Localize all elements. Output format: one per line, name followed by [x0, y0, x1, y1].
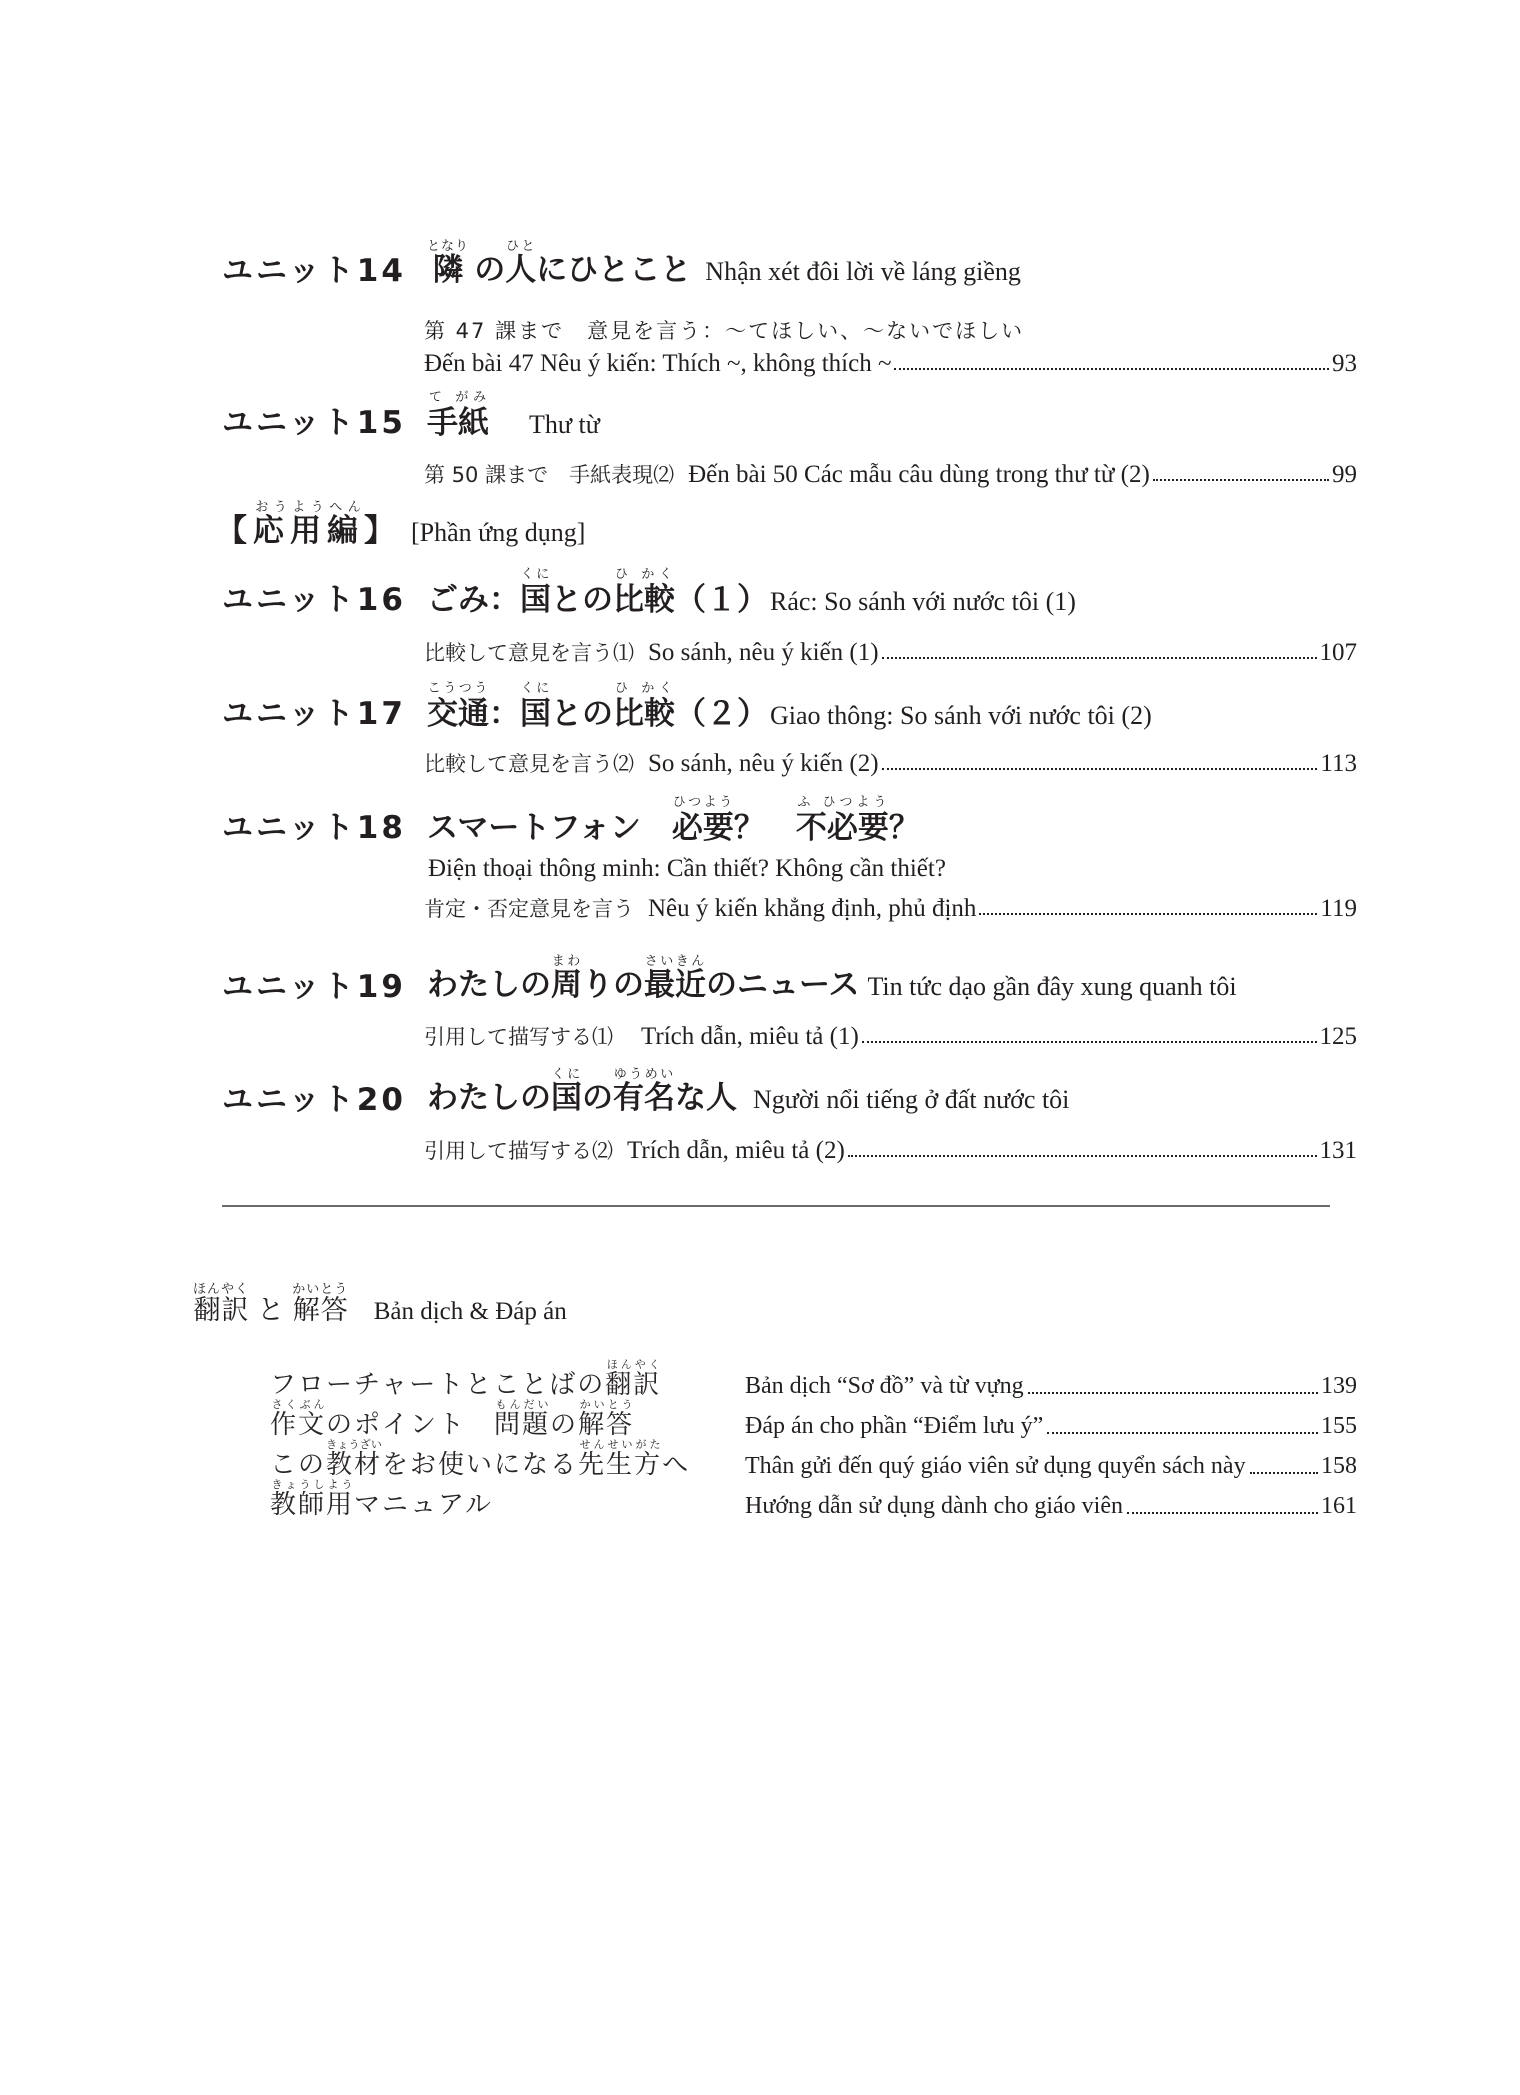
entry-vn-text: So sánh, nêu ý kiến (1): [648, 640, 879, 665]
applied-section-vn: [Phần ứng dụng]: [411, 518, 585, 547]
heading-kanji: 解答かいとう: [293, 1295, 348, 1326]
title-kanji: 比較ひ かく: [613, 696, 675, 732]
unit-15-title[interactable]: 手紙て がみThư từ: [427, 390, 600, 439]
appendix-heading-vn: Bản dịch & Đáp án: [374, 1298, 567, 1325]
title-text: ごみ：: [427, 582, 520, 618]
unit-15-label: ユニット15: [222, 408, 406, 439]
entry-vn-text: So sánh, nêu ý kiến (2): [648, 751, 879, 776]
unit-14-title[interactable]: 隣となり の人ひとにひとことNhận xét đôi lời về láng g…: [427, 239, 1021, 286]
dot-leader: [882, 768, 1318, 770]
dot-leader: [882, 657, 1317, 659]
unit-18-title[interactable]: スマートフォン 必要ひつよう？ 不必要ふ ひつよう？: [427, 795, 920, 844]
entry-label: Thân gửi đến quý giáo viên sử dụng quyển…: [745, 1446, 1246, 1486]
section-divider: [222, 1205, 1330, 1207]
title-kanji: 必要ひつよう: [672, 810, 734, 846]
title-text: な人: [675, 1080, 737, 1116]
page-number: 139: [1321, 1366, 1357, 1406]
unit-18-label: ユニット18: [222, 813, 406, 844]
dot-leader: [979, 913, 1317, 915]
entry-label: Bản dịch “Sơ đồ” và từ vựng: [745, 1366, 1024, 1406]
applied-section-heading: 【応おう用よう編へん】[Phần ứng dụng]: [216, 500, 585, 547]
appendix-jp-list: フローチャートとことばの翻訳ほんやく 作文さくぶんのポイント 問題もんだいの解答…: [270, 1358, 690, 1518]
title-kanji: 比較ひ かく: [613, 582, 675, 618]
lesson-jp-text: 比較して意見を言う⑵: [424, 754, 634, 775]
entry-vn-text: Trích dẫn, miêu tả (2): [627, 1138, 845, 1163]
unit-19-title[interactable]: わたしの周まわりの最近さいきんのニュースTin tức dạo gần đây …: [427, 954, 1237, 1001]
title-kanji: 手紙て がみ: [427, 405, 489, 441]
title-text: （１）: [675, 582, 768, 618]
page-number: 113: [1320, 751, 1357, 776]
title-text: わたしの: [427, 1080, 551, 1116]
appendix-vn-list: Bản dịch “Sơ đồ” và từ vựng 139 Đáp án c…: [745, 1366, 1357, 1526]
unit-17-label: ユニット17: [222, 699, 406, 730]
title-text: スマートフォン: [427, 810, 672, 846]
dot-leader: [1250, 1472, 1318, 1474]
title-kanji: 不必要ふ ひつよう: [796, 810, 889, 846]
lesson-jp-text: 第 47 課まで 意見を言う：～てほしい、～ないでほしい: [424, 319, 1024, 343]
entry-vn-text: Đến bài 50 Các mẫu câu dùng trong thư từ…: [688, 462, 1150, 487]
title-text: にひとこと: [536, 252, 691, 288]
unit-18-subtitle-vn: Điện thoại thông minh: Cần thiết? Không …: [428, 856, 946, 881]
heading-text: と: [249, 1295, 293, 1326]
title-kanji: 有名ゆうめい: [613, 1080, 675, 1116]
appendix-entry-translation[interactable]: Bản dịch “Sơ đồ” và từ vựng 139: [745, 1366, 1357, 1406]
title-text: （２）: [675, 696, 768, 732]
page-number: 131: [1320, 1138, 1358, 1163]
toc-entry-unit-17[interactable]: 比較して意見を言う⑵ So sánh, nêu ý kiến (2) 113: [424, 751, 1357, 776]
title-kanji: 国くに: [520, 696, 551, 732]
title-kanji: 最近さいきん: [644, 967, 706, 1003]
dot-leader: [1127, 1512, 1318, 1514]
title-text: わたしの: [427, 967, 551, 1003]
page-number: 125: [1320, 1024, 1358, 1049]
title-kanji: 国くに: [551, 1080, 582, 1116]
appendix-entry-teachers[interactable]: Thân gửi đến quý giáo viên sử dụng quyển…: [745, 1446, 1357, 1486]
appendix-entry-manual[interactable]: Hướng dẫn sử dụng dành cho giáo viên 161: [745, 1486, 1357, 1526]
page-number: 99: [1332, 462, 1357, 487]
unit-16-title[interactable]: ごみ：国くにとの比較ひ かく（１）Rác: So sánh với nước t…: [427, 567, 1076, 616]
title-kanji: 人ひと: [505, 252, 536, 288]
title-text: ？: [889, 810, 920, 846]
title-text: の: [582, 1080, 613, 1116]
entry-vn-text: Đến bài 47 Nêu ý kiến: Thích ~, không th…: [424, 351, 891, 376]
title-text: のニュース: [706, 967, 859, 1003]
title-text: りの: [582, 967, 644, 1003]
dot-leader: [894, 368, 1329, 370]
appendix-entry-answers[interactable]: Đáp án cho phần “Điểm lưu ý” 155: [745, 1406, 1357, 1446]
appendix-heading: 翻訳ほんやく と 解答かいとうBản dịch & Đáp án: [193, 1282, 567, 1324]
unit-title-vn: Thư từ: [529, 410, 600, 439]
section-kanji: 応おう: [253, 513, 290, 549]
page-number: 119: [1320, 896, 1357, 921]
toc-entry-unit-16[interactable]: 比較して意見を言う⑴ So sánh, nêu ý kiến (1) 107: [424, 640, 1357, 665]
unit-title-vn: Người nổi tiếng ở đất nước tôi: [753, 1085, 1069, 1114]
unit-20-label: ユニット20: [222, 1085, 406, 1116]
section-kanji: 編へん: [327, 513, 364, 549]
section-kanji: 用よう: [290, 513, 327, 549]
toc-entry-unit-18[interactable]: 肯定・否定意見を言う Nêu ý kiến khẳng định, phủ đị…: [424, 896, 1357, 921]
dot-leader: [848, 1155, 1317, 1157]
lesson-jp-text: 肯定・否定意見を言う: [424, 899, 634, 920]
title-text: の: [464, 252, 506, 288]
dot-leader: [1047, 1432, 1318, 1434]
page-number: 158: [1321, 1446, 1357, 1486]
toc-entry-unit-15[interactable]: 第 50 課まで 手紙表現⑵ Đến bài 50 Các mẫu câu dù…: [424, 462, 1357, 487]
entry-vn-text: Nêu ý kiến khẳng định, phủ định: [648, 896, 976, 921]
entry-label: Hướng dẫn sử dụng dành cho giáo viên: [745, 1486, 1123, 1526]
title-kanji: 交通こうつう: [427, 696, 489, 732]
dot-leader: [1153, 479, 1329, 481]
title-kanji: 隣となり: [427, 252, 464, 288]
page-number: 161: [1321, 1486, 1357, 1526]
unit-16-label: ユニット16: [222, 585, 406, 616]
title-kanji: 周まわ: [551, 967, 582, 1003]
unit-title-vn: Rác: So sánh với nước tôi (1): [770, 587, 1076, 616]
open-bracket: 【: [216, 513, 253, 549]
page-number: 107: [1320, 640, 1358, 665]
close-bracket: 】: [364, 513, 401, 549]
dot-leader: [1028, 1392, 1318, 1394]
unit-17-title[interactable]: 交通こうつう：国くにとの比較ひ かく（２）Giao thông: So sánh…: [427, 681, 1152, 730]
toc-entry-unit-20[interactable]: 引用して描写する⑵ Trích dẫn, miêu tả (2) 131: [424, 1138, 1357, 1163]
title-kanji: 国くに: [520, 582, 551, 618]
title-text: との: [551, 582, 613, 618]
lesson-jp-text: 比較して意見を言う⑴: [424, 643, 634, 664]
unit-14-label: ユニット14: [222, 256, 406, 287]
toc-entry-unit-19[interactable]: 引用して描写する⑴ Trích dẫn, miêu tả (1) 125: [424, 1024, 1357, 1049]
unit-title-vn: Giao thông: So sánh với nước tôi (2): [770, 701, 1152, 730]
appendix-jp-item[interactable]: フローチャートとことばの翻訳ほんやく: [270, 1358, 690, 1398]
unit-title-vn: Nhận xét đôi lời về láng giềng: [705, 257, 1021, 286]
lesson-jp-text: 第 50 課まで 手紙表現⑵: [424, 465, 674, 486]
unit-20-title[interactable]: わたしの国くにの有名ゆうめいな人Người nổi tiếng ở đất nư…: [427, 1067, 1069, 1114]
title-text: ？: [734, 810, 796, 846]
entry-vn-text: Trích dẫn, miêu tả (1): [641, 1024, 859, 1049]
title-text: ：: [489, 696, 520, 732]
toc-entry-unit-14[interactable]: Đến bài 47 Nêu ý kiến: Thích ~, không th…: [424, 351, 1357, 376]
lesson-jp-text: 引用して描写する⑴: [424, 1027, 613, 1048]
unit-title-vn: Tin tức dạo gần đây xung quanh tôi: [867, 972, 1236, 1001]
page-number: 93: [1332, 351, 1357, 376]
dot-leader: [862, 1041, 1317, 1043]
entry-label: Đáp án cho phần “Điểm lưu ý”: [745, 1406, 1043, 1446]
lesson-jp-text: 引用して描写する⑵: [424, 1141, 613, 1162]
title-text: との: [551, 696, 613, 732]
unit-14-lesson-jp: 第 47 課まで 意見を言う：～てほしい、～ないでほしい: [424, 318, 1024, 343]
page-number: 155: [1321, 1406, 1357, 1446]
heading-kanji: 翻訳ほんやく: [193, 1295, 249, 1326]
unit-19-label: ユニット19: [222, 972, 406, 1003]
